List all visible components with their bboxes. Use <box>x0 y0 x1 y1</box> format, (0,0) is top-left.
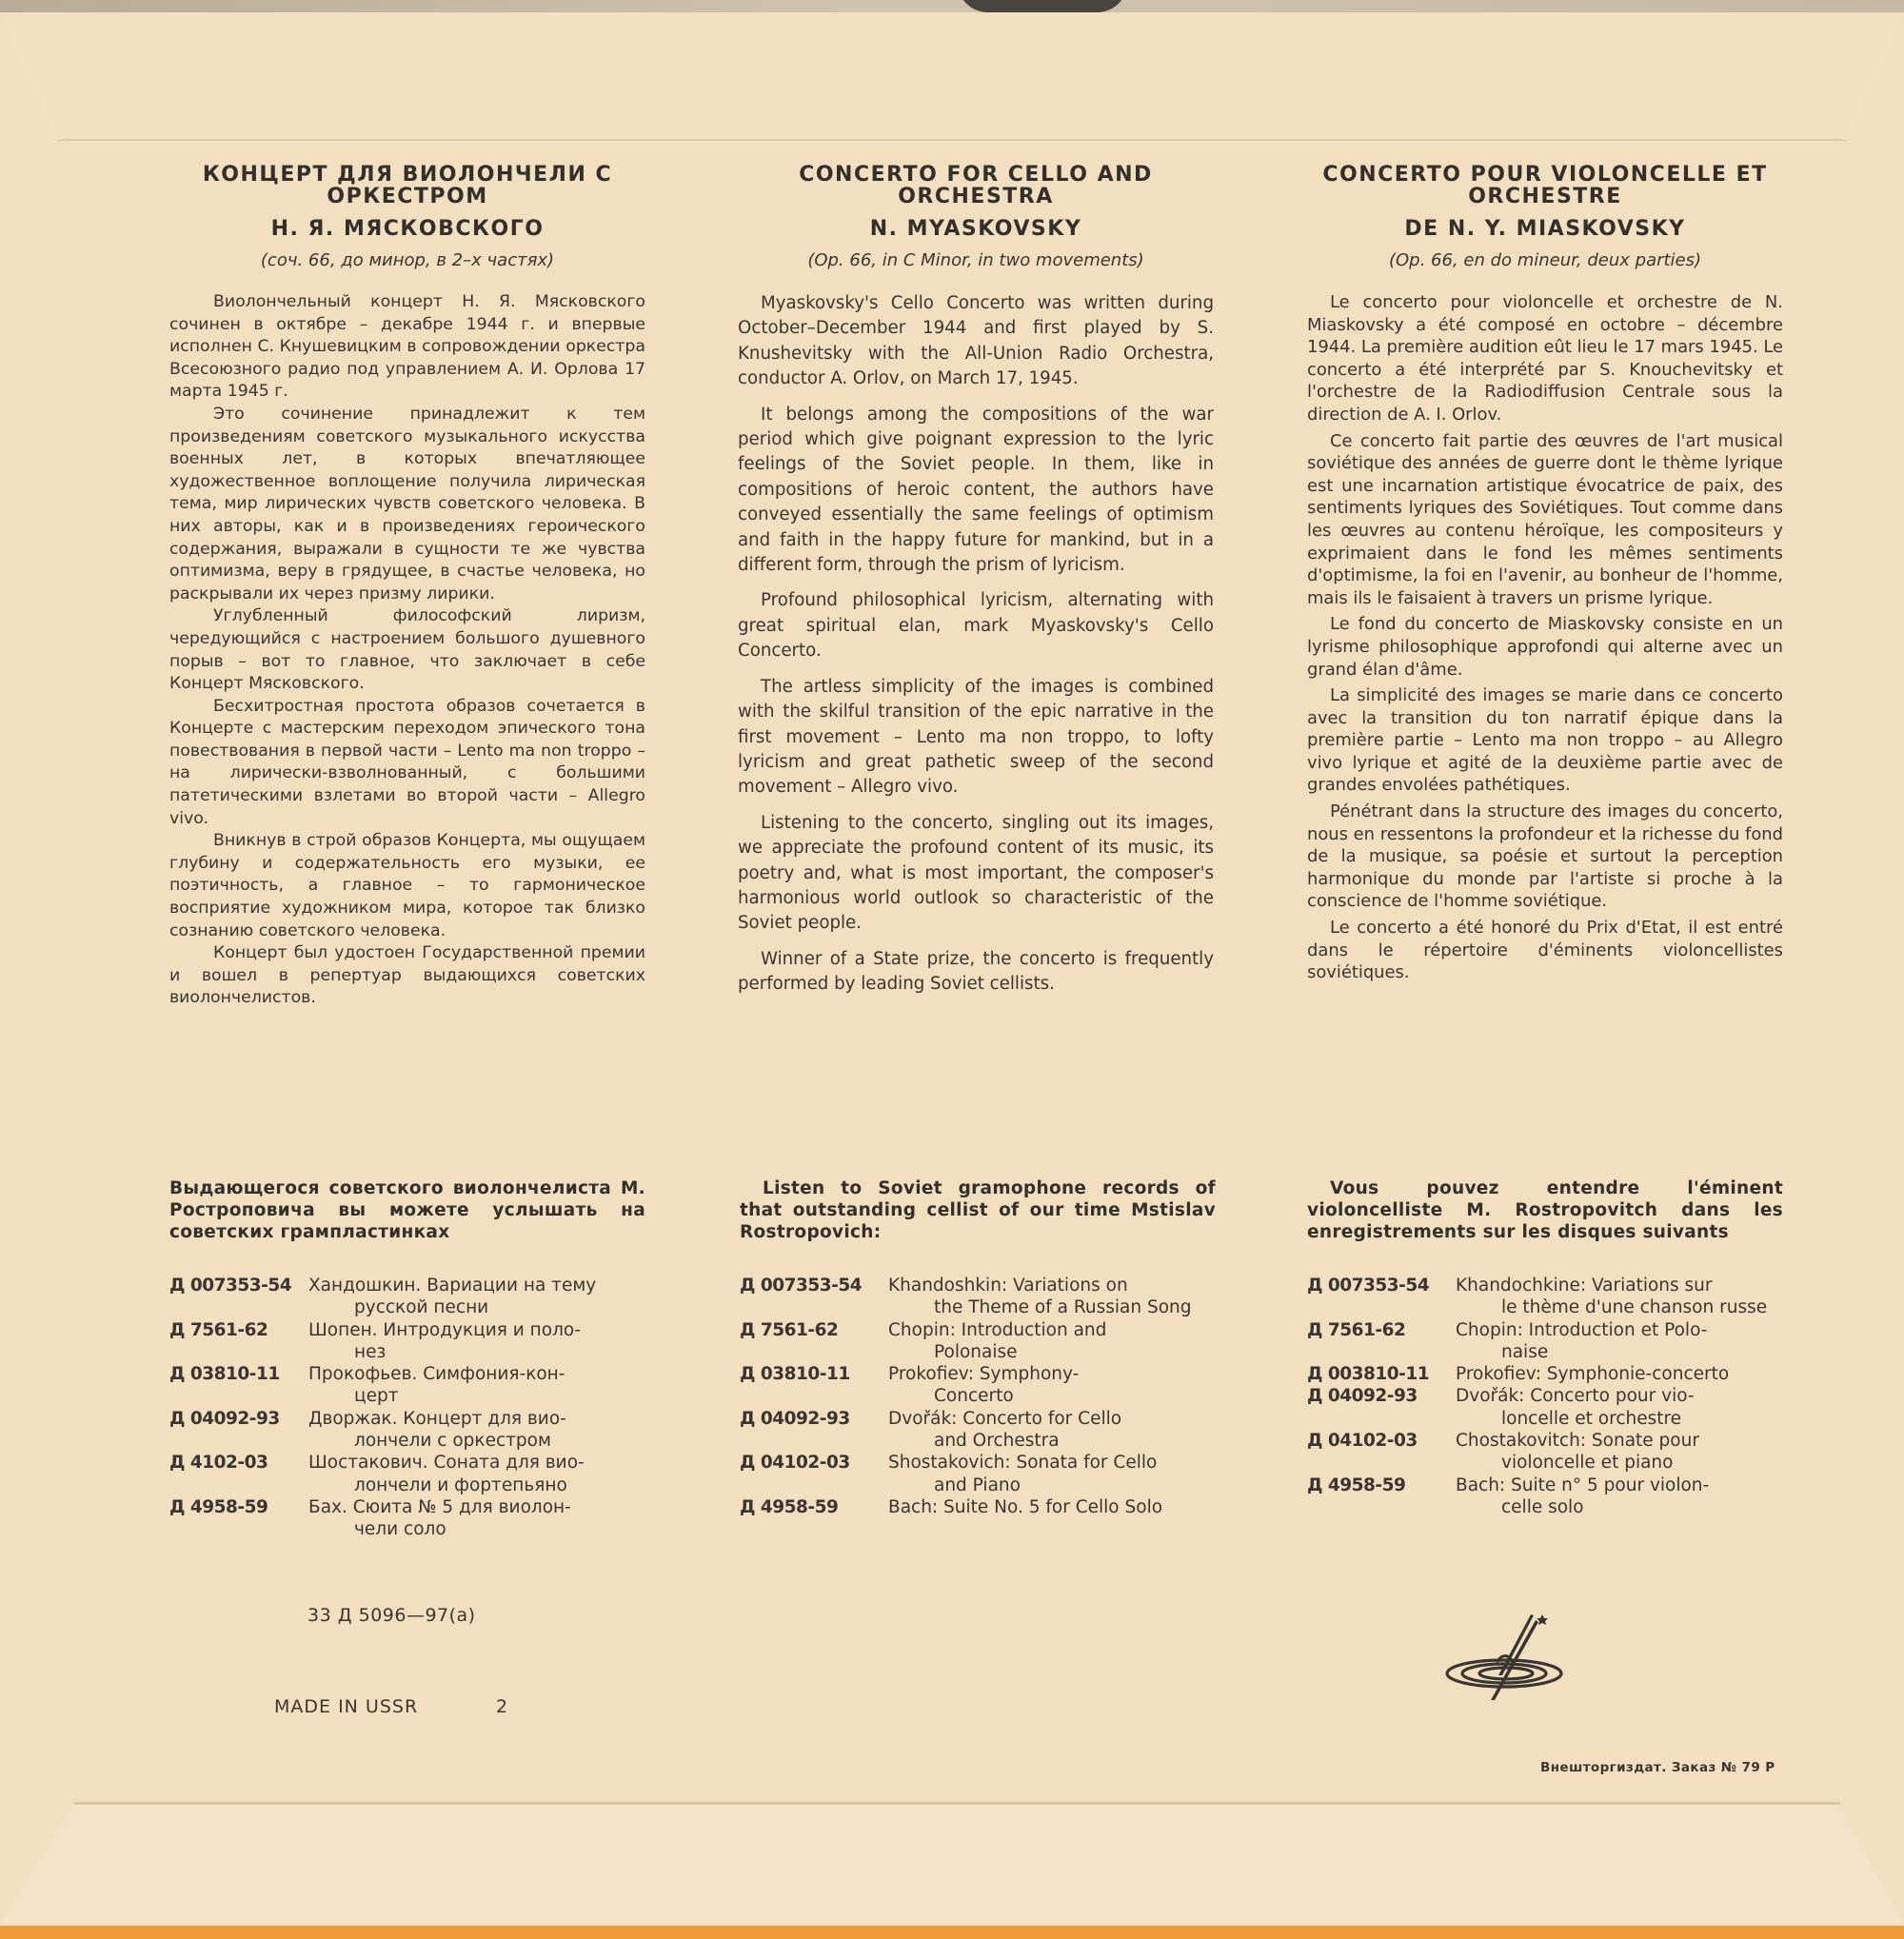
record-item: Д 7561-62Chopin: Introduction et Polo-na… <box>1307 1319 1783 1364</box>
discography-heading: Выдающегося советского виолончелиста М. … <box>169 1177 645 1243</box>
record-item: Д 007353-54Хандошкин. Вариации на темуру… <box>169 1275 645 1319</box>
paragraph: Виолончельный концерт Н. Я. Мясковского … <box>169 291 645 404</box>
record-title: Prokofiev: Symphonie-concerto <box>1456 1363 1783 1385</box>
record-title: Шостакович. Соната для вио-лончели и фор… <box>308 1452 645 1496</box>
record-item: Д 04092-93Dvořák: Concerto pour vio-lonc… <box>1307 1385 1783 1430</box>
record-title-line: Chopin: Introduction et Polo- <box>1456 1320 1707 1340</box>
record-item: Д 04102-03Chostakovitch: Sonate pourviol… <box>1307 1430 1783 1474</box>
record-item: Д 003810-11Prokofiev: Symphonie-concerto <box>1307 1363 1783 1385</box>
paragraph: Это сочинение принадлежит к тем произвед… <box>169 404 645 605</box>
french-composer: DE N. Y. MIASKOVSKY <box>1307 217 1783 241</box>
record-code: Д 04102-03 <box>740 1452 888 1496</box>
paragraph: It belongs among the compositions of the… <box>738 403 1214 579</box>
record-code: Д 4102-03 <box>169 1452 308 1496</box>
record-title-continuation: церт <box>308 1385 645 1407</box>
record-title: Dvořák: Concerto for Celloand Orchestra <box>888 1408 1216 1453</box>
english-discography: Listen to Soviet gramophone records of t… <box>740 1177 1216 1518</box>
english-notes: Myaskovsky's Cello Concerto was written … <box>738 291 1214 998</box>
record-title: Бах. Сюита № 5 для виолон-чели соло <box>308 1496 645 1541</box>
record-item: Д 04092-93Дворжак. Концерт для вио-лонче… <box>169 1408 645 1453</box>
record-code: Д 03810-11 <box>169 1363 308 1408</box>
record-title-continuation: the Theme of a Russian Song <box>888 1296 1216 1318</box>
top-edge-strip <box>0 0 1904 12</box>
record-title: Dvořák: Concerto pour vio-loncelle et or… <box>1456 1385 1783 1430</box>
record-code: Д 003810-11 <box>1307 1363 1456 1385</box>
french-discography: Vous pouvez entendre l'éminent violoncel… <box>1307 1177 1783 1518</box>
record-title: Прокофьев. Симфония-кон-церт <box>308 1363 645 1408</box>
record-code: Д 007353-54 <box>740 1275 888 1319</box>
record-title: Khandochkine: Variations surle thème d'u… <box>1456 1275 1783 1319</box>
record-item: Д 03810-11Prokofiev: Symphony-Concerto <box>740 1363 1216 1408</box>
paragraph: Myaskovsky's Cello Concerto was written … <box>738 291 1214 392</box>
record-code: Д 03810-11 <box>740 1363 888 1408</box>
record-title-continuation: celle solo <box>1456 1496 1783 1518</box>
record-title-line: Shostakovich: Sonata for Cello <box>888 1453 1157 1473</box>
paragraph: Le concerto pour violoncelle et orchestr… <box>1307 291 1783 426</box>
top-flap-fold <box>62 139 1842 141</box>
record-list: Д 007353-54Хандошкин. Вариации на темуру… <box>169 1275 645 1541</box>
record-title-continuation: нез <box>308 1341 645 1363</box>
record-title-line: Prokofiev: Symphonie-concerto <box>1456 1364 1729 1384</box>
russian-discography: Выдающегося советского виолончелиста М. … <box>169 1177 645 1541</box>
english-subtitle: (Op. 66, in C Minor, in two movements) <box>738 250 1214 270</box>
record-title-continuation: Concerto <box>888 1385 1216 1407</box>
record-title-continuation: чели соло <box>308 1518 645 1540</box>
bottom-flap <box>0 1802 1904 1926</box>
paragraph: Углубленный философский лиризм, чередующ… <box>169 605 645 695</box>
record-item: Д 4958-59Bach: Suite n° 5 pour violon-ce… <box>1307 1474 1783 1519</box>
record-item: Д 04102-03Shostakovich: Sonata for Cello… <box>740 1452 1216 1496</box>
record-title: Дворжак. Концерт для вио-лончели с оркес… <box>308 1408 645 1453</box>
record-disc-edge <box>957 0 1128 12</box>
record-title-continuation: le thème d'une chanson russe <box>1456 1296 1783 1318</box>
record-item: Д 7561-62Chopin: Introduction andPolonai… <box>740 1319 1216 1364</box>
english-composer: N. MYASKOVSKY <box>738 217 1214 241</box>
record-title: Chostakovitch: Sonate pourvioloncelle et… <box>1456 1430 1783 1474</box>
record-title-continuation: Polonaise <box>888 1341 1216 1363</box>
publisher-imprint: Внешторгиздат. Заказ № 79 Р <box>1540 1760 1775 1775</box>
record-title-line: Шостакович. Соната для вио- <box>308 1453 585 1473</box>
record-title-continuation: лончели с оркестром <box>308 1430 645 1452</box>
record-title-line: Хандошкин. Вариации на тему <box>308 1276 596 1296</box>
record-title-line: Dvořák: Concerto pour vio- <box>1456 1386 1695 1406</box>
bottom-flap-fold <box>74 1802 1840 1805</box>
side-number: 2 <box>496 1696 507 1717</box>
english-column: CONCERTO FOR CELLO AND ORCHESTRA N. MYAS… <box>738 164 1214 1008</box>
record-title: Khandoshkin: Variations onthe Theme of a… <box>888 1275 1216 1319</box>
russian-notes: Виолончельный концерт Н. Я. Мясковского … <box>169 291 645 1010</box>
record-code: Д 7561-62 <box>169 1319 308 1364</box>
record-code: Д 4958-59 <box>740 1496 888 1518</box>
record-item: Д 04092-93Dvořák: Concerto for Celloand … <box>740 1408 1216 1453</box>
record-item: Д 4102-03Шостакович. Соната для вио-лонч… <box>169 1452 645 1496</box>
record-title-line: Khandoshkin: Variations on <box>888 1276 1128 1296</box>
french-column: CONCERTO POUR VIOLONCELLE ET ORCHESTRE D… <box>1307 164 1783 988</box>
record-title-continuation: loncelle et orchestre <box>1456 1408 1783 1430</box>
record-title: Chopin: Introduction et Polo-naise <box>1456 1319 1783 1364</box>
record-code: Д 04102-03 <box>1307 1430 1456 1474</box>
record-title-continuation: and Piano <box>888 1474 1216 1496</box>
catalog-number: 33 Д 5096—97(а) <box>307 1605 476 1626</box>
record-title-continuation: лончели и фортепьяно <box>308 1474 645 1496</box>
orange-edge-band <box>0 1926 1904 1939</box>
paragraph: The artless simplicity of the images is … <box>738 675 1214 801</box>
record-title: Prokofiev: Symphony-Concerto <box>888 1363 1216 1408</box>
record-code: Д 04092-93 <box>169 1408 308 1453</box>
russian-subtitle: (соч. 66, до минор, в 2–х частях) <box>169 250 645 270</box>
record-code: Д 7561-62 <box>1307 1319 1456 1364</box>
french-subtitle: (Op. 66, en do mineur, deux parties) <box>1307 250 1783 270</box>
record-code: Д 7561-62 <box>740 1319 888 1364</box>
russian-title: КОНЦЕРТ ДЛЯ ВИОЛОНЧЕЛИ С ОРКЕСТРОМ <box>169 164 645 208</box>
record-code: Д 007353-54 <box>169 1275 308 1319</box>
paragraph: Ce concerto fait partie des œuvres de l'… <box>1307 430 1783 610</box>
french-title: CONCERTO POUR VIOLONCELLE ET ORCHESTRE <box>1307 164 1783 208</box>
discography-heading: Vous pouvez entendre l'éminent violoncel… <box>1307 1177 1783 1243</box>
paragraph: La simplicité des images se marie dans c… <box>1307 684 1783 797</box>
record-title-line: Khandochkine: Variations sur <box>1456 1276 1713 1296</box>
russian-column: КОНЦЕРТ ДЛЯ ВИОЛОНЧЕЛИ С ОРКЕСТРОМ Н. Я.… <box>169 164 645 1010</box>
record-title-continuation: violoncelle et piano <box>1456 1452 1783 1474</box>
paragraph: Вникнув в строй образов Концерта, мы ощу… <box>169 830 645 942</box>
record-item: Д 007353-54Khandochkine: Variations surl… <box>1307 1275 1783 1319</box>
record-title: Шопен. Интродукция и поло-нез <box>308 1319 645 1364</box>
record-item: Д 007353-54Khandoshkin: Variations onthe… <box>740 1275 1216 1319</box>
record-item: Д 03810-11Прокофьев. Симфония-кон-церт <box>169 1363 645 1408</box>
paragraph: Profound philosophical lyricism, alterna… <box>738 588 1214 663</box>
english-title: CONCERTO FOR CELLO AND ORCHESTRA <box>738 164 1214 208</box>
record-title-line: Chopin: Introduction and <box>888 1320 1106 1340</box>
paragraph: Pénétrant dans la structure des images d… <box>1307 801 1783 913</box>
paragraph: Listening to the concerto, singling out … <box>738 811 1214 937</box>
discography-heading: Listen to Soviet gramophone records of t… <box>740 1177 1216 1243</box>
record-title: Chopin: Introduction andPolonaise <box>888 1319 1216 1364</box>
french-notes: Le concerto pour violoncelle et orchestr… <box>1307 291 1783 984</box>
record-item: Д 4958-59Бах. Сюита № 5 для виолон-чели … <box>169 1496 645 1541</box>
paragraph: Бесхитростная простота образов сочетаетс… <box>169 696 645 831</box>
paragraph: Концерт был удостоен Государственной пре… <box>169 942 645 1010</box>
record-title-continuation: русской песни <box>308 1296 645 1318</box>
record-title-line: Bach: Suite No. 5 for Cello Solo <box>888 1497 1162 1517</box>
record-title: Shostakovich: Sonata for Celloand Piano <box>888 1452 1216 1496</box>
record-title-line: Chostakovitch: Sonate pour <box>1456 1431 1699 1451</box>
record-title: Хандошкин. Вариации на темурусской песни <box>308 1275 645 1319</box>
record-code: Д 007353-54 <box>1307 1275 1456 1319</box>
paragraph: Le concerto a été honoré du Prix d'Etat,… <box>1307 917 1783 984</box>
top-flap <box>0 12 1904 141</box>
record-title-line: Dvořák: Concerto for Cello <box>888 1409 1121 1429</box>
record-title: Bach: Suite n° 5 pour violon-celle solo <box>1456 1474 1783 1519</box>
record-code: Д 04092-93 <box>1307 1385 1456 1430</box>
made-in-label: MADE IN USSR <box>274 1696 418 1717</box>
record-item: Д 7561-62Шопен. Интродукция и поло-нез <box>169 1319 645 1364</box>
record-list: Д 007353-54Khandoshkin: Variations onthe… <box>740 1275 1216 1518</box>
record-title-line: Шопен. Интродукция и поло- <box>308 1320 581 1340</box>
record-title: Bach: Suite No. 5 for Cello Solo <box>888 1496 1216 1518</box>
record-code: Д 4958-59 <box>1307 1474 1456 1519</box>
melodiya-logo-icon <box>1438 1607 1571 1702</box>
record-title-continuation: and Orchestra <box>888 1430 1216 1452</box>
record-list: Д 007353-54Khandochkine: Variations surl… <box>1307 1275 1783 1518</box>
paragraph: Le fond du concerto de Miaskovsky consis… <box>1307 613 1783 681</box>
paragraph: Winner of a State prize, the concerto is… <box>738 947 1214 998</box>
record-code: Д 04092-93 <box>740 1408 888 1453</box>
record-title-line: Бах. Сюита № 5 для виолон- <box>308 1497 571 1517</box>
record-title-line: Прокофьев. Симфония-кон- <box>308 1364 565 1384</box>
record-item: Д 4958-59Bach: Suite No. 5 for Cello Sol… <box>740 1496 1216 1518</box>
record-title-line: Дворжак. Концерт для вио- <box>308 1409 566 1429</box>
russian-composer: Н. Я. МЯСКОВСКОГО <box>169 217 645 241</box>
record-title-line: Prokofiev: Symphony- <box>888 1364 1079 1384</box>
record-title-continuation: naise <box>1456 1341 1783 1363</box>
record-code: Д 4958-59 <box>169 1496 308 1541</box>
record-title-line: Bach: Suite n° 5 pour violon- <box>1456 1475 1709 1495</box>
